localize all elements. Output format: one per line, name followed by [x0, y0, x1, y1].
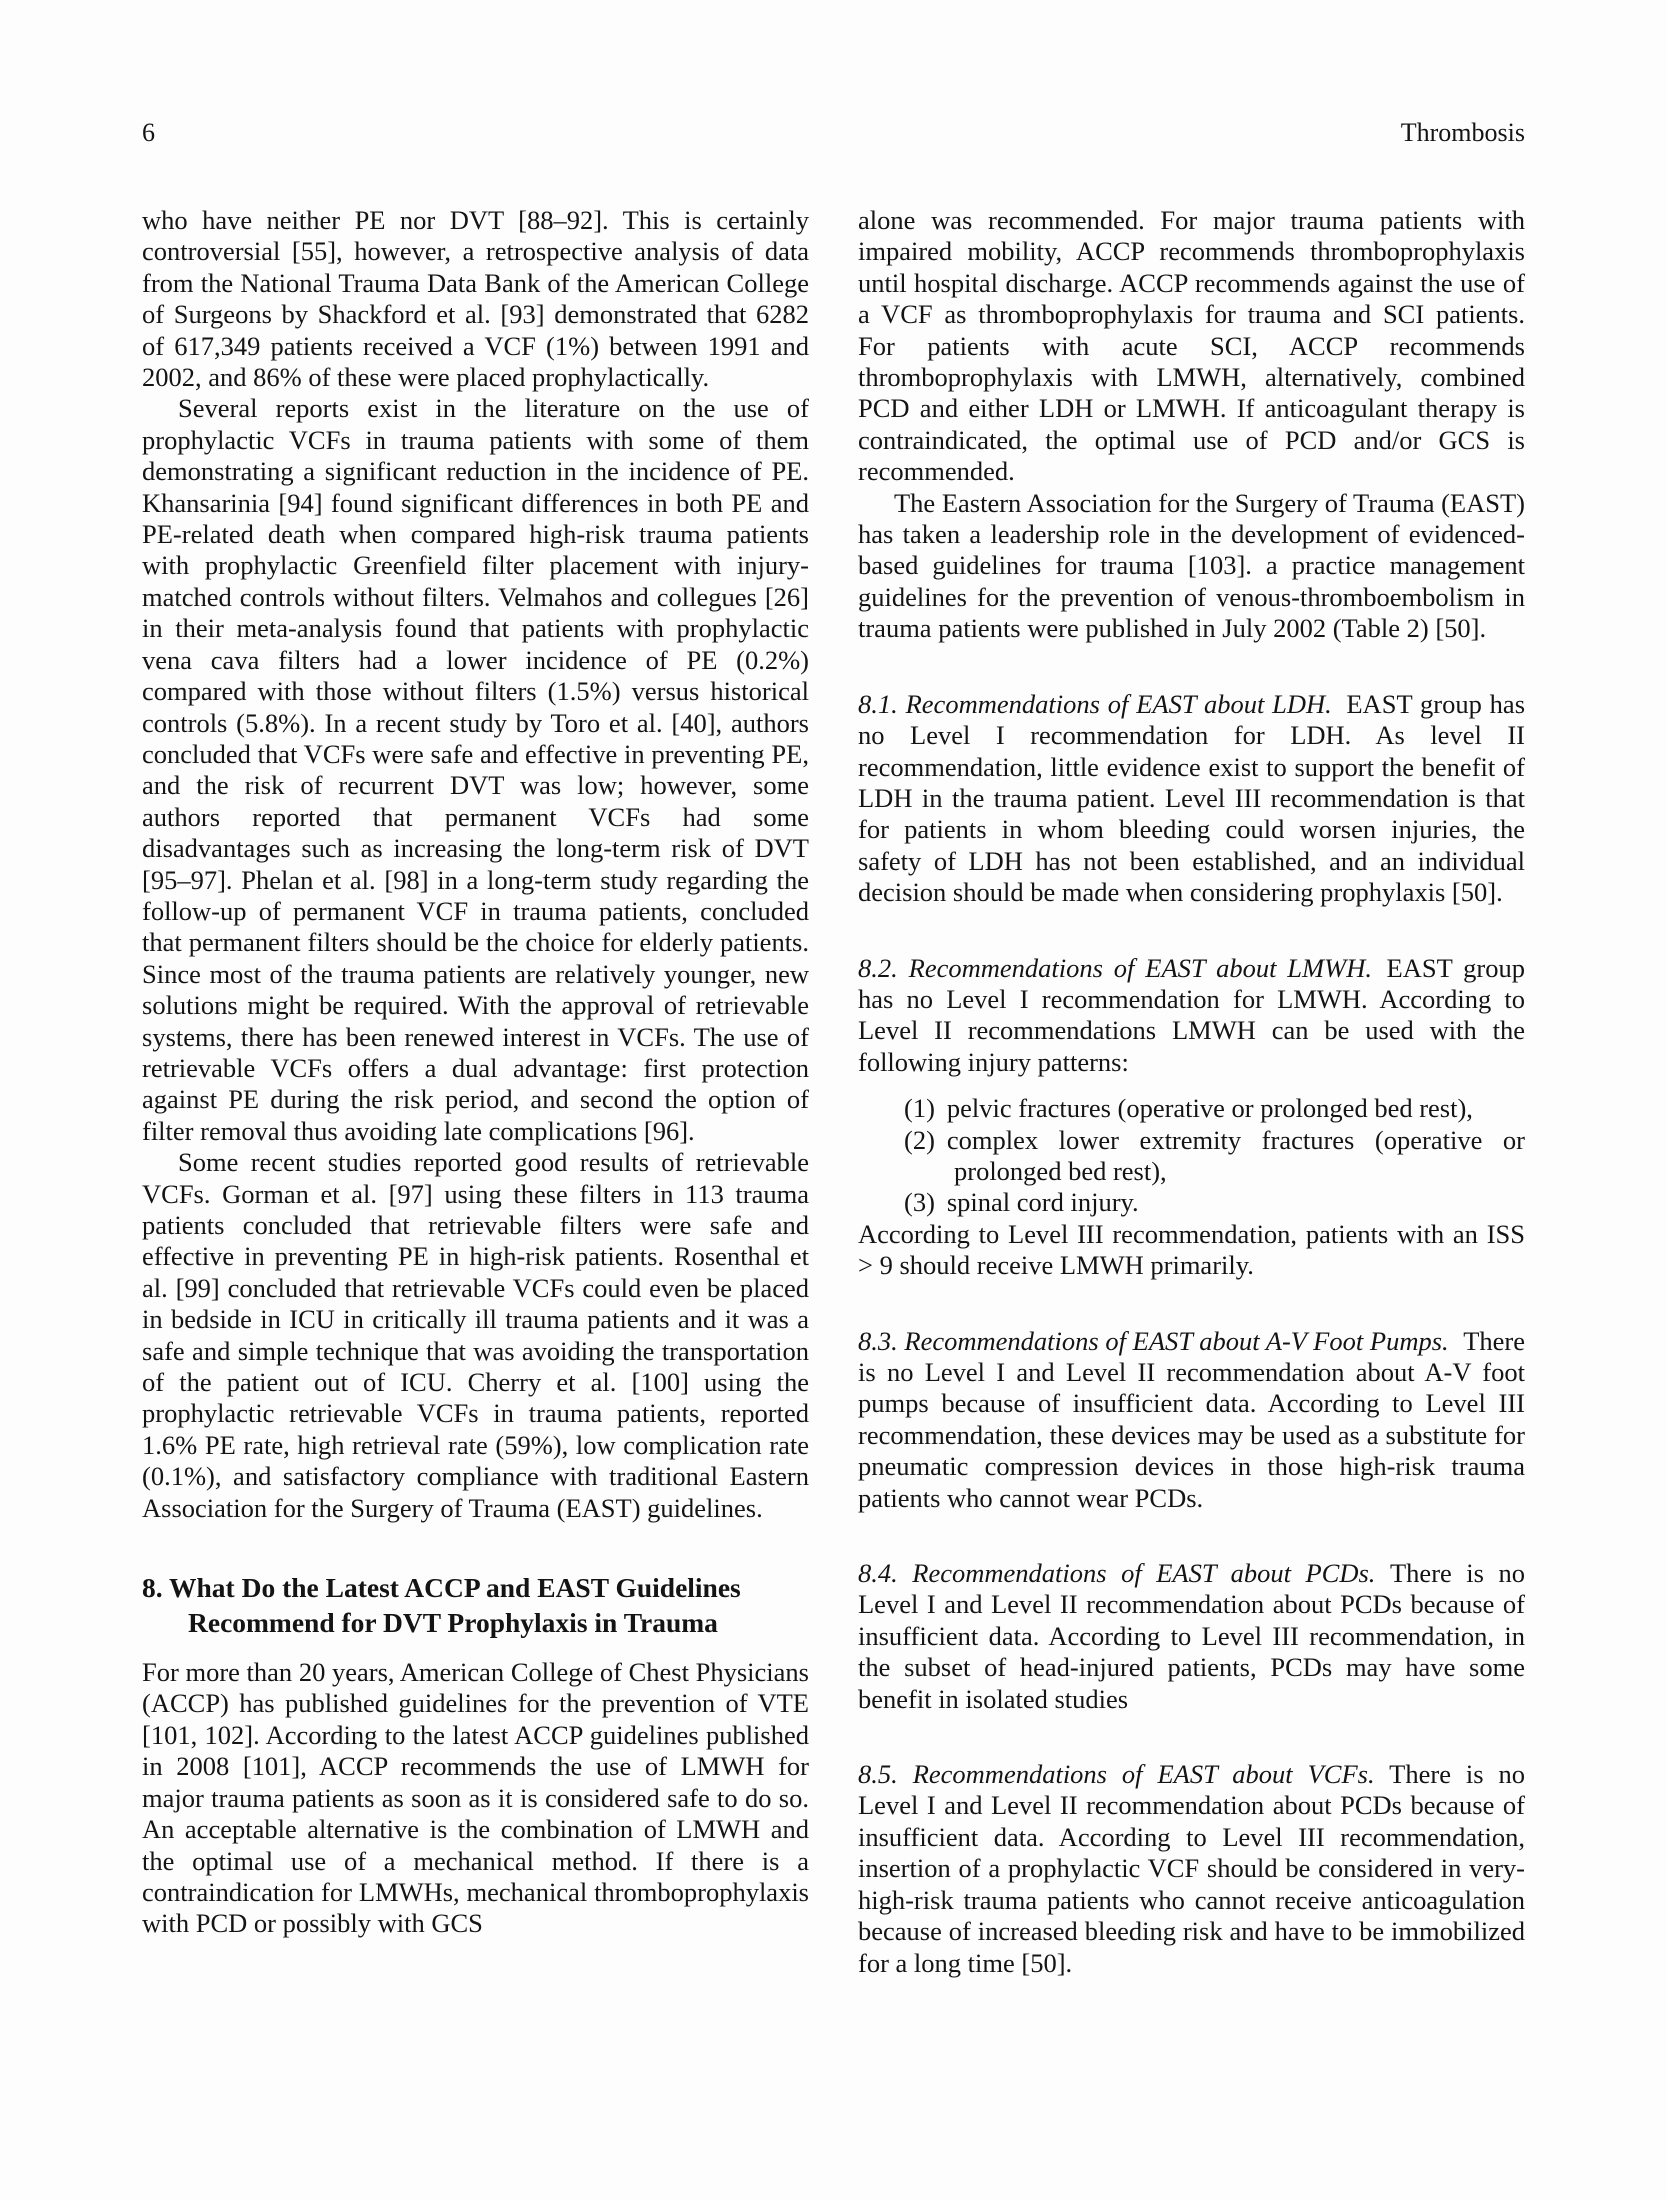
- body-paragraph: Some recent studies reported good result…: [142, 1147, 809, 1524]
- subsection-heading: 8.4. Recommendations of EAST about PCDs.: [858, 1558, 1375, 1588]
- subsection-8-5: 8.5. Recommendations of EAST about VCFs.…: [858, 1759, 1525, 1979]
- body-paragraph: who have neither PE nor DVT [88–92]. Thi…: [142, 205, 809, 393]
- list-item: (1)pelvic fractures (operative or prolon…: [858, 1093, 1525, 1124]
- subsection-title: Recommendations of EAST about PCDs.: [912, 1558, 1375, 1588]
- subsection-paragraph: 8.1. Recommendations of EAST about LDH.E…: [858, 689, 1525, 909]
- section-heading: 8. What Do the Latest ACCP and EAST Guid…: [142, 1571, 808, 1640]
- subsection-number: 8.5.: [858, 1759, 898, 1789]
- subsection-8-2: 8.2. Recommendations of EAST about LMWH.…: [858, 953, 1525, 1282]
- subsection-text: EAST group has no Level I recommendation…: [858, 689, 1525, 907]
- subsection-title: Recommendations of EAST about VCFs.: [913, 1759, 1375, 1789]
- journal-title: Thrombosis: [1401, 118, 1525, 148]
- list-item: (2)complex lower extremity fractures (op…: [858, 1125, 1525, 1188]
- subsection-text: There is no Level I and Level II recomme…: [858, 1759, 1525, 1977]
- two-column-body: who have neither PE nor DVT [88–92]. Thi…: [142, 205, 1525, 1979]
- subsection-8-1: 8.1. Recommendations of EAST about LDH.E…: [858, 689, 1525, 909]
- subsection-8-3: 8.3. Recommendations of EAST about A-V F…: [858, 1326, 1525, 1514]
- section-title: What Do the Latest ACCP and EAST Guideli…: [169, 1572, 741, 1638]
- subsection-number: 8.2.: [858, 953, 898, 983]
- subsection-paragraph: 8.4. Recommendations of EAST about PCDs.…: [858, 1558, 1525, 1715]
- subsection-number: 8.3.: [858, 1326, 898, 1356]
- list-item-text: complex lower extremity fractures (opera…: [947, 1125, 1525, 1186]
- subsection-title: Recommendations of EAST about LMWH.: [909, 953, 1372, 983]
- page-header: 6 Thrombosis: [142, 118, 1525, 148]
- left-column: who have neither PE nor DVT [88–92]. Thi…: [142, 205, 809, 1979]
- body-paragraph: Several reports exist in the literature …: [142, 393, 809, 1147]
- body-paragraph: alone was recommended. For major trauma …: [858, 205, 1525, 488]
- subsection-8-4: 8.4. Recommendations of EAST about PCDs.…: [858, 1558, 1525, 1715]
- subsection-paragraph: 8.3. Recommendations of EAST about A-V F…: [858, 1326, 1525, 1514]
- body-paragraph: For more than 20 years, American College…: [142, 1657, 809, 1940]
- list-item-text: spinal cord injury.: [947, 1187, 1139, 1217]
- list-marker: (2): [904, 1125, 935, 1155]
- page-number: 6: [142, 118, 155, 148]
- subsection-paragraph: 8.5. Recommendations of EAST about VCFs.…: [858, 1759, 1525, 1979]
- section-number: 8.: [142, 1572, 163, 1603]
- body-paragraph: The Eastern Association for the Surgery …: [858, 488, 1525, 645]
- subsection-paragraph: 8.2. Recommendations of EAST about LMWH.…: [858, 953, 1525, 1079]
- subsection-number: 8.4.: [858, 1558, 898, 1588]
- subsection-heading: 8.5. Recommendations of EAST about VCFs.: [858, 1759, 1375, 1789]
- numbered-list: (1)pelvic fractures (operative or prolon…: [858, 1093, 1525, 1219]
- list-marker: (3): [904, 1187, 935, 1217]
- subsection-number: 8.1.: [858, 689, 898, 719]
- subsection-title: Recommendations of EAST about A-V Foot P…: [904, 1326, 1448, 1356]
- right-column: alone was recommended. For major trauma …: [858, 205, 1525, 1979]
- list-item: (3)spinal cord injury.: [858, 1187, 1525, 1218]
- subsection-title: Recommendations of EAST about LDH.: [906, 689, 1332, 719]
- subsection-heading: 8.3. Recommendations of EAST about A-V F…: [858, 1326, 1449, 1356]
- list-item-text: pelvic fractures (operative or prolonged…: [947, 1093, 1473, 1123]
- subsection-heading: 8.2. Recommendations of EAST about LMWH.: [858, 953, 1372, 983]
- journal-page: 6 Thrombosis who have neither PE nor DVT…: [0, 0, 1667, 2200]
- list-marker: (1): [904, 1093, 935, 1123]
- body-paragraph: According to Level III recommendation, p…: [858, 1219, 1525, 1282]
- subsection-heading: 8.1. Recommendations of EAST about LDH.: [858, 689, 1332, 719]
